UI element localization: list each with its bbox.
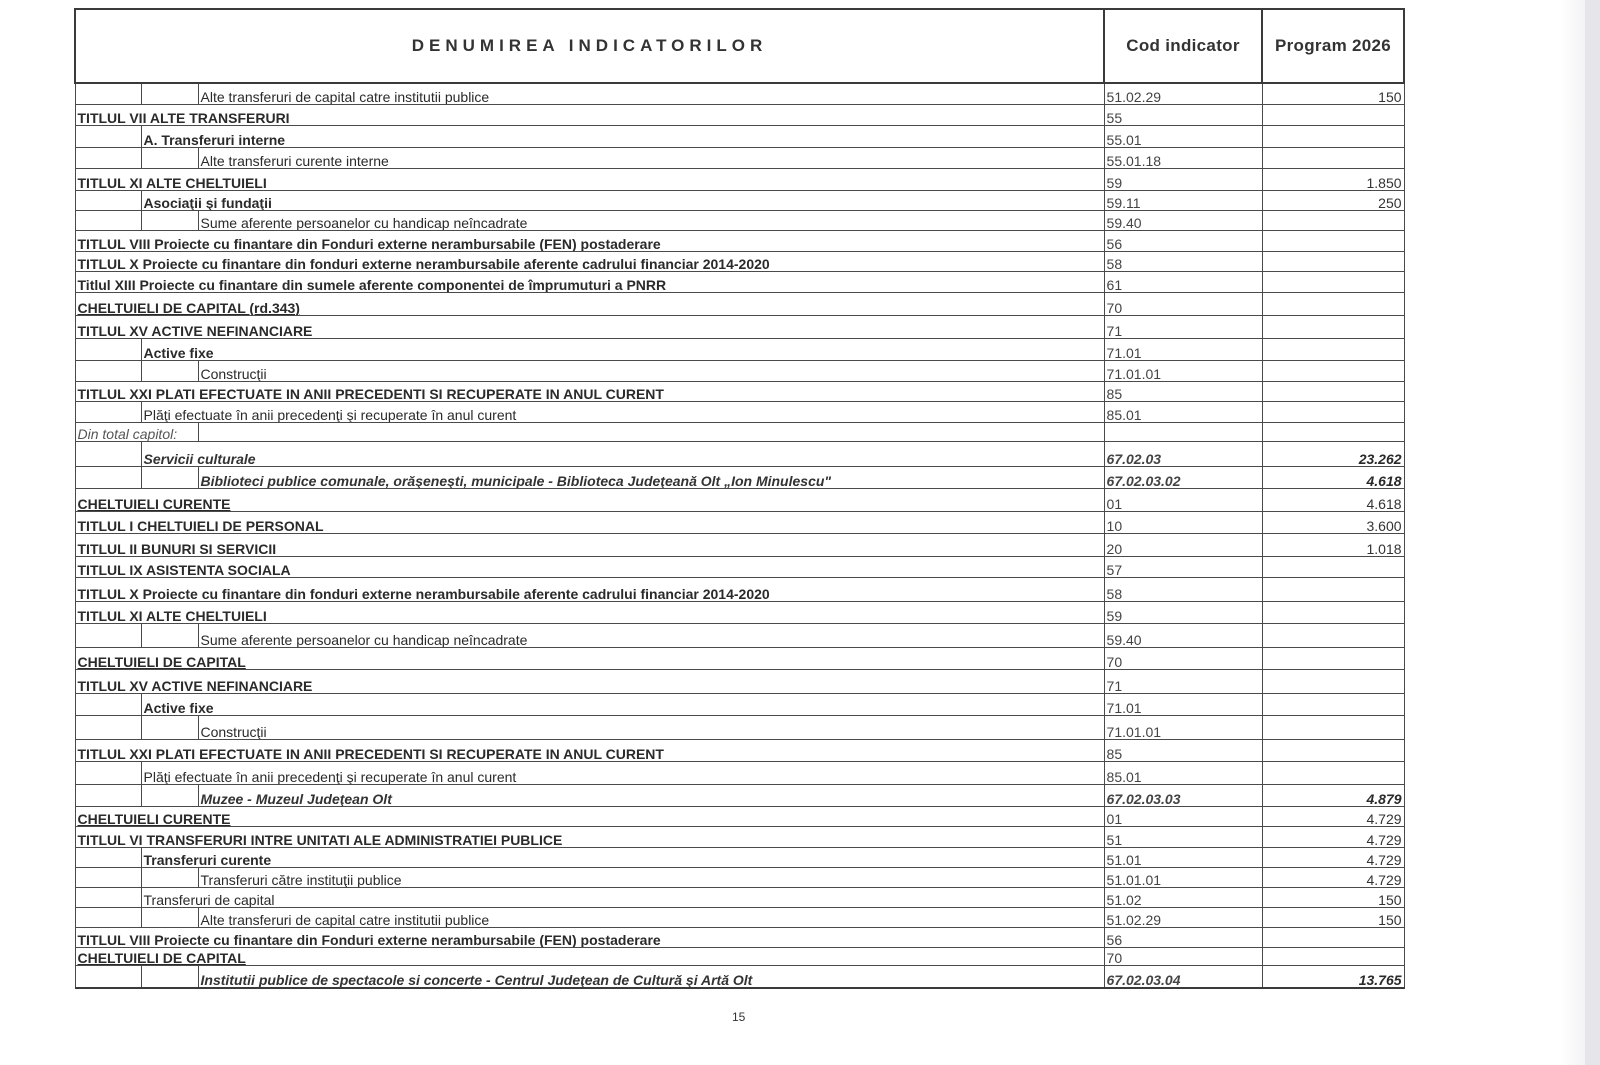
indicator-name: Construcţii xyxy=(198,360,1104,381)
indicator-code-text: 70 xyxy=(1107,654,1123,670)
program-value xyxy=(1262,230,1404,251)
table-row: CHELTUIELI CURENTE014.618 xyxy=(75,488,1404,511)
program-value xyxy=(1262,338,1404,360)
indicator-code-text: 51.02 xyxy=(1107,892,1142,908)
indicator-name: Titlul XIII Proiecte cu finantare din su… xyxy=(75,271,1104,292)
header-indicator-code: Cod indicator xyxy=(1104,9,1262,83)
program-value xyxy=(1262,251,1404,271)
program-value: 4.618 xyxy=(1262,488,1404,511)
indicator-code: 58 xyxy=(1104,251,1262,271)
indicator-name-text: Institutii publice de spectacole si conc… xyxy=(201,972,753,988)
indicator-code: 71.01.01 xyxy=(1104,715,1262,739)
indicator-name-text: Alte transferuri de capital catre instit… xyxy=(201,89,490,105)
program-value-text: 4.729 xyxy=(1366,852,1401,868)
indicator-name-text: Active fixe xyxy=(144,345,214,361)
indicator-code-text: 58 xyxy=(1107,256,1123,272)
indent-cell xyxy=(141,907,198,927)
table-row: Construcţii71.01.01 xyxy=(75,360,1404,381)
indicator-code-text: 01 xyxy=(1107,496,1123,512)
indicator-name: Din total capitol: xyxy=(75,422,198,441)
table-row: Din total capitol: xyxy=(75,422,1404,441)
table-row: TITLUL XXI PLATI EFECTUATE IN ANII PRECE… xyxy=(75,381,1404,401)
indicator-name-text: TITLUL VII ALTE TRANSFERURI xyxy=(78,110,290,126)
indent-cell xyxy=(75,784,141,806)
indicator-name-text: CHELTUIELI DE CAPITAL (rd.343) xyxy=(78,300,300,316)
indicator-name-text: TITLUL XXI PLATI EFECTUATE IN ANII PRECE… xyxy=(78,746,664,762)
budget-indicators-table: DENUMIREA INDICATORILOR Cod indicator Pr… xyxy=(74,8,1405,989)
indicator-name-text: Transferuri de capital xyxy=(144,892,275,908)
program-value xyxy=(1262,601,1404,623)
table-row: Alte transferuri de capital catre instit… xyxy=(75,83,1404,104)
indicator-name-text: Alte transferuri de capital catre instit… xyxy=(201,912,490,928)
indicator-code xyxy=(1104,422,1262,441)
table-row: TITLUL XV ACTIVE NEFINANCIARE71 xyxy=(75,669,1404,693)
program-value xyxy=(1262,927,1404,947)
indicator-name-text: Construcţii xyxy=(201,366,267,382)
program-value: 4.618 xyxy=(1262,466,1404,488)
indicator-code-text: 67.02.03.03 xyxy=(1107,791,1181,807)
indicator-name: CHELTUIELI DE CAPITAL (rd.343) xyxy=(75,292,1104,315)
indicator-name: Servicii culturale xyxy=(141,441,1104,466)
table-row: TITLUL XI ALTE CHELTUIELI59 xyxy=(75,601,1404,623)
indent-cell xyxy=(141,360,198,381)
table-row: Institutii publice de spectacole si conc… xyxy=(75,965,1404,988)
indicator-code: 85.01 xyxy=(1104,401,1262,422)
indicator-name: TITLUL X Proiecte cu finantare din fondu… xyxy=(75,251,1104,271)
indicator-name: TITLUL X Proiecte cu finantare din fondu… xyxy=(75,577,1104,601)
indent-cell xyxy=(141,147,198,168)
program-value xyxy=(1262,422,1404,441)
header-program-2026: Program 2026 xyxy=(1262,9,1404,83)
indent-cell xyxy=(75,190,141,210)
indicator-name: Sume aferente persoanelor cu handicap ne… xyxy=(198,623,1104,647)
indicator-code: 59 xyxy=(1104,168,1262,190)
indicator-code: 67.02.03 xyxy=(1104,441,1262,466)
program-value-text: 150 xyxy=(1378,912,1401,928)
indicator-code: 59 xyxy=(1104,601,1262,623)
indicator-name-text: CHELTUIELI CURENTE xyxy=(78,496,231,512)
program-value-text: 250 xyxy=(1378,195,1401,211)
table-row: Servicii culturale67.02.0323.262 xyxy=(75,441,1404,466)
indicator-name: TITLUL XV ACTIVE NEFINANCIARE xyxy=(75,669,1104,693)
indicator-code: 57 xyxy=(1104,556,1262,577)
indicator-code: 51.02.29 xyxy=(1104,907,1262,927)
indicator-code-text: 67.02.03.04 xyxy=(1107,972,1181,988)
indicator-code-text: 57 xyxy=(1107,562,1123,578)
program-value-text: 150 xyxy=(1378,892,1401,908)
indicator-code: 51 xyxy=(1104,826,1262,847)
indicator-name-text: TITLUL X Proiecte cu finantare din fondu… xyxy=(78,256,770,272)
indicator-code-text: 71 xyxy=(1107,323,1123,339)
indicator-code-text: 55 xyxy=(1107,110,1123,126)
indicator-code-text: 20 xyxy=(1107,541,1123,557)
table-row: Active fixe71.01 xyxy=(75,338,1404,360)
indicator-name-text: TITLUL XV ACTIVE NEFINANCIARE xyxy=(78,678,313,694)
indicator-code: 56 xyxy=(1104,927,1262,947)
indicator-code-text: 51.01 xyxy=(1107,852,1142,868)
program-value xyxy=(1262,761,1404,784)
indent-cell xyxy=(75,965,141,988)
table-row: Transferuri de capital51.02150 xyxy=(75,887,1404,907)
table-row: Muzee - Muzeul Judeţean Olt67.02.03.034.… xyxy=(75,784,1404,806)
indicator-code-text: 85 xyxy=(1107,386,1123,402)
program-value xyxy=(1262,739,1404,761)
program-value xyxy=(1262,360,1404,381)
indent-cell xyxy=(141,623,198,647)
indicator-code-text: 51.01.01 xyxy=(1107,872,1162,888)
table-row: TITLUL II BUNURI SI SERVICII201.018 xyxy=(75,533,1404,556)
indicator-name: Alte transferuri de capital catre instit… xyxy=(198,907,1104,927)
table-header-row: DENUMIREA INDICATORILOR Cod indicator Pr… xyxy=(75,9,1404,83)
indicator-code-text: 56 xyxy=(1107,236,1123,252)
indent-cell xyxy=(75,147,141,168)
indent-cell xyxy=(141,867,198,887)
indicator-code-text: 56 xyxy=(1107,932,1123,948)
table-row: TITLUL X Proiecte cu finantare din fondu… xyxy=(75,577,1404,601)
program-value xyxy=(1262,125,1404,147)
indicator-name: CHELTUIELI CURENTE xyxy=(75,806,1104,826)
program-value-text: 23.262 xyxy=(1359,451,1402,467)
indicator-code: 85 xyxy=(1104,381,1262,401)
indicator-name: Alte transferuri de capital catre instit… xyxy=(198,83,1104,104)
table-row: TITLUL VIII Proiecte cu finantare din Fo… xyxy=(75,230,1404,251)
indent-cell xyxy=(75,847,141,867)
indicator-code: 56 xyxy=(1104,230,1262,251)
indicator-name: Transferuri de capital xyxy=(141,887,1104,907)
indicator-name: Institutii publice de spectacole si conc… xyxy=(198,965,1104,988)
program-value-text: 150 xyxy=(1378,89,1401,105)
indicator-name: Sume aferente persoanelor cu handicap ne… xyxy=(198,210,1104,230)
indicator-code: 58 xyxy=(1104,577,1262,601)
indicator-name-text: Construcţii xyxy=(201,724,267,740)
program-value: 13.765 xyxy=(1262,965,1404,988)
indicator-code-text: 59.11 xyxy=(1107,195,1141,211)
indicator-name-text: Alte transferuri curente interne xyxy=(201,153,389,169)
indicator-code-text: 59 xyxy=(1107,175,1123,191)
indent-cell xyxy=(75,125,141,147)
viewer-scrollbar-track[interactable] xyxy=(1585,0,1600,1065)
indicator-name-text: Servicii culturale xyxy=(144,451,256,467)
indicator-name: TITLUL VIII Proiecte cu finantare din Fo… xyxy=(75,230,1104,251)
table-row: Asociaţii şi fundaţii59.11250 xyxy=(75,190,1404,210)
indicator-name-text: TITLUL XXI PLATI EFECTUATE IN ANII PRECE… xyxy=(78,386,664,402)
program-value: 4.729 xyxy=(1262,826,1404,847)
program-value: 1.850 xyxy=(1262,168,1404,190)
program-value xyxy=(1262,669,1404,693)
indicator-code: 59.40 xyxy=(1104,210,1262,230)
indicator-name: TITLUL II BUNURI SI SERVICII xyxy=(75,533,1104,556)
indicator-name-text: A. Transferuri interne xyxy=(144,132,286,148)
indicator-code: 61 xyxy=(1104,271,1262,292)
table-row: TITLUL IX ASISTENTA SOCIALA57 xyxy=(75,556,1404,577)
indent-cell xyxy=(75,83,141,104)
program-value-text: 3.600 xyxy=(1366,518,1401,534)
indicator-name-text: TITLUL XI ALTE CHELTUIELI xyxy=(78,175,267,191)
indicator-name-text: Plăţi efectuate în anii precedenţi şi re… xyxy=(144,407,517,423)
program-value-text: 4.729 xyxy=(1366,872,1401,888)
indent-cell xyxy=(75,466,141,488)
program-value xyxy=(1262,647,1404,669)
program-value: 150 xyxy=(1262,907,1404,927)
indicator-name-text: TITLUL I CHELTUIELI DE PERSONAL xyxy=(78,518,324,534)
indent-cell xyxy=(75,338,141,360)
page-edge-shadow xyxy=(1560,0,1585,1065)
indicator-name: Asociaţii şi fundaţii xyxy=(141,190,1104,210)
indicator-code: 51.01 xyxy=(1104,847,1262,867)
indicator-name-text: TITLUL IX ASISTENTA SOCIALA xyxy=(78,562,291,578)
indicator-code-text: 67.02.03 xyxy=(1107,451,1162,467)
indicator-name: TITLUL VI TRANSFERURI INTRE UNITATI ALE … xyxy=(75,826,1104,847)
indicator-name-text: Asociaţii şi fundaţii xyxy=(144,195,272,211)
program-value: 4.729 xyxy=(1262,806,1404,826)
program-value: 150 xyxy=(1262,83,1404,104)
indicator-code: 67.02.03.02 xyxy=(1104,466,1262,488)
indicator-name-text: Biblioteci publice comunale, orăşeneşti,… xyxy=(201,473,832,489)
program-value xyxy=(1262,381,1404,401)
table-row: Plăţi efectuate în anii precedenţi şi re… xyxy=(75,761,1404,784)
program-value xyxy=(1262,401,1404,422)
indent-cell xyxy=(141,965,198,988)
indicator-code: 70 xyxy=(1104,947,1262,965)
indicator-code-text: 70 xyxy=(1107,300,1123,316)
indicator-name: Active fixe xyxy=(141,338,1104,360)
indicator-name: TITLUL I CHELTUIELI DE PERSONAL xyxy=(75,511,1104,533)
indicator-code-text: 51 xyxy=(1107,832,1123,848)
program-value: 4.879 xyxy=(1262,784,1404,806)
indicator-name: Transferuri curente xyxy=(141,847,1104,867)
indicator-code: 67.02.03.03 xyxy=(1104,784,1262,806)
program-value xyxy=(1262,315,1404,338)
indicator-code: 71.01 xyxy=(1104,693,1262,715)
indicator-name: CHELTUIELI CURENTE xyxy=(75,488,1104,511)
indicator-name-text: CHELTUIELI DE CAPITAL xyxy=(78,654,246,670)
indent-cell xyxy=(198,422,1104,441)
indent-cell xyxy=(75,441,141,466)
indicator-name: CHELTUIELI DE CAPITAL xyxy=(75,947,1104,965)
indicator-name-text: Sume aferente persoanelor cu handicap ne… xyxy=(201,632,528,648)
indicator-code-text: 71.01 xyxy=(1107,700,1142,716)
indicator-code: 01 xyxy=(1104,806,1262,826)
indicator-name-text: Din total capitol: xyxy=(78,426,178,442)
program-value-text: 4.879 xyxy=(1366,791,1401,807)
indent-cell xyxy=(75,715,141,739)
indicator-name: TITLUL XXI PLATI EFECTUATE IN ANII PRECE… xyxy=(75,739,1104,761)
table-row: Sume aferente persoanelor cu handicap ne… xyxy=(75,623,1404,647)
table-body: Alte transferuri de capital catre instit… xyxy=(75,83,1404,988)
indicator-name: Plăţi efectuate în anii precedenţi şi re… xyxy=(141,761,1104,784)
indent-cell xyxy=(75,907,141,927)
program-value xyxy=(1262,693,1404,715)
indicator-code: 59.11 xyxy=(1104,190,1262,210)
indicator-name-text: Sume aferente persoanelor cu handicap ne… xyxy=(201,215,528,231)
indicator-name: CHELTUIELI DE CAPITAL xyxy=(75,647,1104,669)
indicator-code-text: 71.01.01 xyxy=(1107,366,1162,382)
indicator-name: Construcţii xyxy=(198,715,1104,739)
program-value-text: 4.618 xyxy=(1366,473,1401,489)
program-value-text: 1.850 xyxy=(1366,175,1401,191)
indicator-code: 59.40 xyxy=(1104,623,1262,647)
program-value xyxy=(1262,623,1404,647)
table-row: TITLUL VI TRANSFERURI INTRE UNITATI ALE … xyxy=(75,826,1404,847)
indicator-code-text: 10 xyxy=(1107,518,1123,534)
program-value xyxy=(1262,577,1404,601)
indicator-name-text: Active fixe xyxy=(144,700,214,716)
indicator-name: Biblioteci publice comunale, orăşeneşti,… xyxy=(198,466,1104,488)
indent-cell xyxy=(75,887,141,907)
indicator-name: Transferuri către instituţii publice xyxy=(198,867,1104,887)
table-row: Construcţii71.01.01 xyxy=(75,715,1404,739)
indent-cell xyxy=(75,867,141,887)
indicator-code: 55.01.18 xyxy=(1104,147,1262,168)
indicator-code-text: 70 xyxy=(1107,950,1123,966)
table-row: TITLUL XV ACTIVE NEFINANCIARE71 xyxy=(75,315,1404,338)
indent-cell xyxy=(75,401,141,422)
program-value: 23.262 xyxy=(1262,441,1404,466)
indicator-code: 55.01 xyxy=(1104,125,1262,147)
indicator-code: 70 xyxy=(1104,647,1262,669)
program-value: 250 xyxy=(1262,190,1404,210)
indicator-name-text: CHELTUIELI DE CAPITAL xyxy=(78,950,246,966)
table-row: TITLUL XI ALTE CHELTUIELI591.850 xyxy=(75,168,1404,190)
program-value-text: 4.729 xyxy=(1366,811,1401,827)
table-row: TITLUL VIII Proiecte cu finantare din Fo… xyxy=(75,927,1404,947)
table-row: Transferuri curente51.014.729 xyxy=(75,847,1404,867)
indicator-code-text: 61 xyxy=(1107,277,1123,293)
table-row: TITLUL X Proiecte cu finantare din fondu… xyxy=(75,251,1404,271)
program-value: 4.729 xyxy=(1262,867,1404,887)
indicator-code: 51.02.29 xyxy=(1104,83,1262,104)
indicator-code: 51.02 xyxy=(1104,887,1262,907)
indicator-code: 51.01.01 xyxy=(1104,867,1262,887)
indicator-name: TITLUL XI ALTE CHELTUIELI xyxy=(75,601,1104,623)
indicator-code-text: 59 xyxy=(1107,608,1123,624)
program-value: 150 xyxy=(1262,887,1404,907)
indicator-code: 71.01 xyxy=(1104,338,1262,360)
table-row: CHELTUIELI DE CAPITAL70 xyxy=(75,647,1404,669)
table-row: Alte transferuri curente interne55.01.18 xyxy=(75,147,1404,168)
program-value xyxy=(1262,210,1404,230)
indicator-name: Alte transferuri curente interne xyxy=(198,147,1104,168)
indicator-code-text: 59.40 xyxy=(1107,215,1142,231)
indicator-name-text: TITLUL X Proiecte cu finantare din fondu… xyxy=(78,586,770,602)
indicator-name-text: Titlul XIII Proiecte cu finantare din su… xyxy=(78,277,667,293)
indicator-code: 71 xyxy=(1104,315,1262,338)
program-value-text: 13.765 xyxy=(1359,972,1402,988)
indent-cell xyxy=(141,83,198,104)
program-value: 1.018 xyxy=(1262,533,1404,556)
indicator-code: 55 xyxy=(1104,104,1262,125)
indent-cell xyxy=(141,715,198,739)
indicator-code-text: 71.01 xyxy=(1107,345,1142,361)
indicator-code: 10 xyxy=(1104,511,1262,533)
indicator-name: A. Transferuri interne xyxy=(141,125,1104,147)
indicator-name-text: Muzee - Muzeul Judeţean Olt xyxy=(201,791,392,807)
indent-cell xyxy=(141,210,198,230)
indent-cell xyxy=(141,466,198,488)
table-row: CHELTUIELI DE CAPITAL70 xyxy=(75,947,1404,965)
program-value-text: 4.729 xyxy=(1366,832,1401,848)
indicator-name: Muzee - Muzeul Judeţean Olt xyxy=(198,784,1104,806)
indicator-code-text: 01 xyxy=(1107,811,1123,827)
program-value xyxy=(1262,715,1404,739)
indicator-code: 70 xyxy=(1104,292,1262,315)
indicator-code-text: 55.01.18 xyxy=(1107,153,1162,169)
indicator-name-text: Transferuri către instituţii publice xyxy=(201,872,402,888)
program-value xyxy=(1262,292,1404,315)
indicator-name-text: TITLUL XI ALTE CHELTUIELI xyxy=(78,608,267,624)
program-value-text: 4.618 xyxy=(1366,496,1401,512)
indicator-name-text: TITLUL VI TRANSFERURI INTRE UNITATI ALE … xyxy=(78,832,563,848)
indicator-code: 67.02.03.04 xyxy=(1104,965,1262,988)
table-row: Biblioteci publice comunale, orăşeneşti,… xyxy=(75,466,1404,488)
program-value xyxy=(1262,147,1404,168)
indicator-name-text: TITLUL II BUNURI SI SERVICII xyxy=(78,541,277,557)
indicator-code-text: 71.01.01 xyxy=(1107,724,1162,740)
indicator-name-text: TITLUL VIII Proiecte cu finantare din Fo… xyxy=(78,932,661,948)
indicator-code-text: 51.02.29 xyxy=(1107,89,1162,105)
indicator-name: Active fixe xyxy=(141,693,1104,715)
indent-cell xyxy=(75,360,141,381)
indicator-code: 71 xyxy=(1104,669,1262,693)
indicator-name-text: CHELTUIELI CURENTE xyxy=(78,811,231,827)
indicator-name-text: TITLUL VIII Proiecte cu finantare din Fo… xyxy=(78,236,661,252)
table-row: Alte transferuri de capital catre instit… xyxy=(75,907,1404,927)
indicator-name: TITLUL XV ACTIVE NEFINANCIARE xyxy=(75,315,1104,338)
table-row: Plăţi efectuate în anii precedenţi şi re… xyxy=(75,401,1404,422)
indicator-name-text: Transferuri curente xyxy=(144,852,272,868)
program-value xyxy=(1262,104,1404,125)
indent-cell xyxy=(141,784,198,806)
table-row: CHELTUIELI DE CAPITAL (rd.343)70 xyxy=(75,292,1404,315)
table-row: TITLUL XXI PLATI EFECTUATE IN ANII PRECE… xyxy=(75,739,1404,761)
indicator-code-text: 85.01 xyxy=(1107,407,1142,423)
program-value-text: 1.018 xyxy=(1366,541,1401,557)
table-row: Transferuri către instituţii publice51.0… xyxy=(75,867,1404,887)
program-value xyxy=(1262,947,1404,965)
indent-cell xyxy=(75,761,141,784)
indicator-code-text: 71 xyxy=(1107,678,1123,694)
indicator-name-text: Plăţi efectuate în anii precedenţi şi re… xyxy=(144,769,517,785)
indicator-code: 01 xyxy=(1104,488,1262,511)
indicator-code: 85.01 xyxy=(1104,761,1262,784)
indicator-code-text: 59.40 xyxy=(1107,632,1142,648)
indicator-code-text: 85 xyxy=(1107,746,1123,762)
indent-cell xyxy=(75,210,141,230)
indicator-name: TITLUL IX ASISTENTA SOCIALA xyxy=(75,556,1104,577)
indicator-name: TITLUL VIII Proiecte cu finantare din Fo… xyxy=(75,927,1104,947)
program-value: 3.600 xyxy=(1262,511,1404,533)
table-row: TITLUL VII ALTE TRANSFERURI55 xyxy=(75,104,1404,125)
program-value: 4.729 xyxy=(1262,847,1404,867)
page-number: 15 xyxy=(732,1010,745,1024)
indicator-code-text: 51.02.29 xyxy=(1107,912,1162,928)
header-indicator-name: DENUMIREA INDICATORILOR xyxy=(75,9,1104,83)
indent-cell xyxy=(75,623,141,647)
indicator-code: 85 xyxy=(1104,739,1262,761)
table-row: Sume aferente persoanelor cu handicap ne… xyxy=(75,210,1404,230)
table-row: CHELTUIELI CURENTE014.729 xyxy=(75,806,1404,826)
table-row: TITLUL I CHELTUIELI DE PERSONAL103.600 xyxy=(75,511,1404,533)
indicator-name: TITLUL XXI PLATI EFECTUATE IN ANII PRECE… xyxy=(75,381,1104,401)
indent-cell xyxy=(75,693,141,715)
indicator-name: TITLUL VII ALTE TRANSFERURI xyxy=(75,104,1104,125)
indicator-name: TITLUL XI ALTE CHELTUIELI xyxy=(75,168,1104,190)
indicator-code: 20 xyxy=(1104,533,1262,556)
indicator-name-text: TITLUL XV ACTIVE NEFINANCIARE xyxy=(78,323,313,339)
indicator-code-text: 58 xyxy=(1107,586,1123,602)
indicator-code-text: 55.01 xyxy=(1107,132,1142,148)
indicator-code: 71.01.01 xyxy=(1104,360,1262,381)
